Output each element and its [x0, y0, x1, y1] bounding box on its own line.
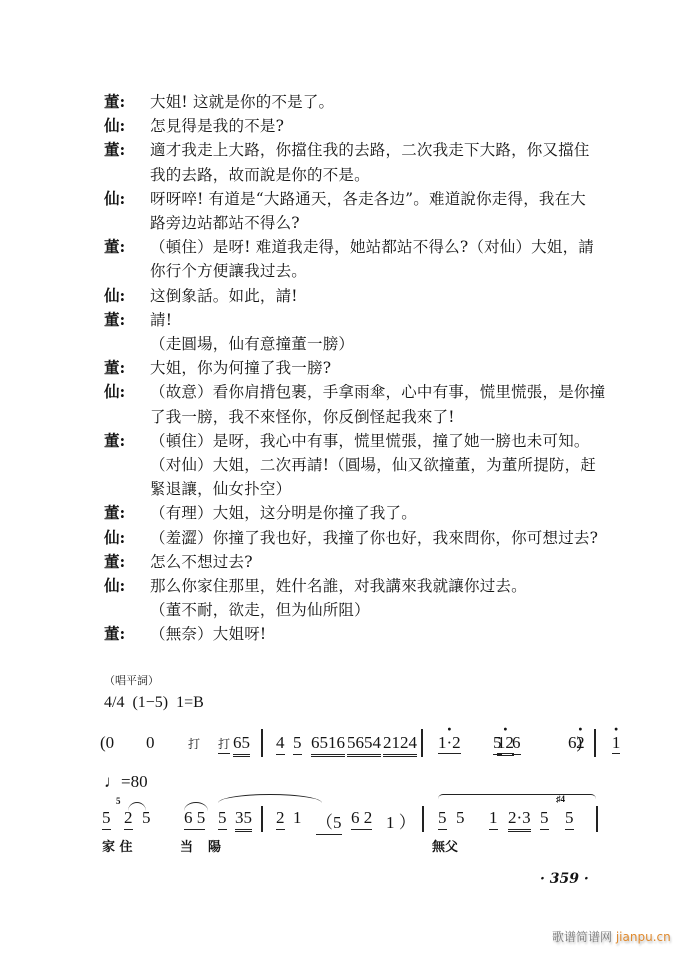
- speech-text: （故意）看你肩揹包裹，手拿雨傘，心中有事，慌里慌張，是你撞: [150, 380, 605, 404]
- speaker-label: 仙:: [104, 114, 125, 138]
- grace-note: 5: [116, 796, 121, 806]
- speech-text: 請!: [150, 308, 172, 332]
- speech-text: 緊退讓，仙女扑空）: [150, 477, 291, 501]
- note: 2·3: [508, 808, 531, 832]
- watermark: 歌谱简谱网 jianpu.cn: [552, 928, 671, 945]
- speaker-label: 仙:: [104, 284, 125, 308]
- key-mode: (1−5): [132, 694, 168, 711]
- score-row-1: (0 0 打 打 65 4 5 6516 5654 2124 1·2 12 5 …: [100, 733, 169, 753]
- section-label: （唱平詞）: [104, 672, 159, 688]
- note: 5: [493, 733, 502, 755]
- speaker-label: 仙:: [104, 574, 125, 598]
- note: 6516: [311, 733, 345, 757]
- key-signature: 1=B: [176, 694, 204, 711]
- speech-text: 怎見得是我的不是?: [150, 114, 284, 138]
- stage-direction: （走圓場，仙有意撞董一膀）: [150, 332, 354, 356]
- note: 2: [276, 808, 285, 830]
- tempo-marking: ♩=80: [104, 772, 148, 792]
- speech-text: 了我一膀，我不來怪你，你反倒怪起我來了!: [150, 405, 455, 429]
- note: 5: [142, 808, 151, 828]
- note: 4: [276, 733, 285, 755]
- note: 5654: [347, 733, 381, 757]
- lyric: 家 住: [102, 836, 133, 855]
- barline: [261, 729, 263, 757]
- speech-text: （頓住）是呀，我心中有事，慌里慌張，撞了她一膀也未可知。: [150, 429, 590, 453]
- speech-text: 我的去路，故而說是你的不是。: [150, 163, 370, 187]
- speaker-label: 董:: [104, 622, 125, 646]
- speech-text: 那么你家住那里，姓什名誰，对我講來我就讓你过去。: [150, 574, 527, 598]
- percussion-mark: 打: [218, 735, 230, 754]
- speech-text: （对仙）大姐，二次再請!（圓場，仙又欲撞董，为董所提防，赶: [150, 453, 596, 477]
- barline: [594, 729, 596, 757]
- stage-direction: （董不耐，欲走，但为仙所阻）: [150, 598, 370, 622]
- barline: [596, 806, 598, 832]
- speaker-label: 仙:: [104, 187, 125, 211]
- speaker-label: 仙:: [104, 380, 125, 404]
- speaker-label: 董:: [104, 429, 125, 453]
- speaker-label: 仙:: [104, 526, 125, 550]
- speaker-label: 董:: [104, 90, 125, 114]
- watermark-text: 歌谱简谱网: [552, 930, 612, 944]
- speaker-label: 董:: [104, 138, 125, 162]
- speech-text: 这倒象話。如此，請!: [150, 284, 298, 308]
- note: 1: [489, 808, 498, 830]
- speech-text: （有理）大姐，这分明是你撞了我了。: [150, 501, 417, 525]
- speaker-label: 董:: [104, 550, 125, 574]
- speech-text: 呀呀啐! 有道是“大路通天，各走各边”。难道說你走得，我在大: [150, 187, 586, 211]
- speech-text: 怎么不想过去?: [150, 550, 253, 574]
- note: 5: [565, 808, 574, 830]
- note: 6): [568, 733, 582, 753]
- barline: [421, 729, 423, 757]
- grace-note: ♯4: [556, 794, 565, 804]
- speech-text: （羞澀）你撞了我也好，我撞了你也好，我來問你，你可想过去?: [150, 526, 598, 550]
- speech-text: 適才我走上大路，你擋住我的去路，二次我走下大路，你又擋住: [150, 138, 590, 162]
- note: 6: [512, 733, 521, 755]
- speech-text: 你行个方便讓我过去。: [150, 259, 307, 283]
- note: 6 2: [351, 808, 372, 830]
- speaker-label: 董:: [104, 356, 125, 380]
- time-signature: 4/4: [104, 694, 124, 711]
- speaker-label: 董:: [104, 308, 125, 332]
- note: 6 5: [184, 808, 205, 830]
- note: 0: [146, 733, 155, 753]
- speech-text: 路旁边站都站不得么?: [150, 211, 300, 235]
- note: 5: [438, 808, 447, 830]
- note: 35: [235, 808, 252, 832]
- score-page: 董:大姐! 这就是你的不是了。仙:怎見得是我的不是?董:適才我走上大路，你擋住我…: [0, 0, 699, 958]
- note: 5: [293, 733, 302, 755]
- note: 1: [293, 808, 302, 828]
- barline: [422, 806, 424, 832]
- speaker-label: 董:: [104, 235, 125, 259]
- speech-text: （無奈）大姐呀!: [150, 622, 266, 646]
- note: （5: [316, 808, 342, 835]
- speech-text: 大姐! 这就是你的不是了。: [150, 90, 334, 114]
- note: 5: [540, 808, 549, 830]
- slur: [438, 794, 596, 799]
- speech-text: （頓住）是呀! 难道我走得，她站都站不得么?（对仙）大姐，請: [150, 235, 594, 259]
- note: 1: [612, 733, 621, 754]
- slur: [218, 794, 322, 803]
- page-number: · 359 ·: [540, 871, 589, 887]
- lyric: 無父: [432, 836, 458, 855]
- note: 1 ）: [386, 808, 416, 833]
- score-header: 4/4 (1−5) 1=B: [104, 694, 204, 712]
- watermark-url: jianpu.cn: [616, 930, 671, 944]
- speaker-label: 董:: [104, 501, 125, 525]
- note: 5: [102, 808, 111, 830]
- note: 65: [233, 733, 250, 757]
- speech-text: 大姐，你为何撞了我一膀?: [150, 356, 331, 380]
- barline: [261, 806, 263, 832]
- lyric: 当: [180, 836, 193, 855]
- note: 5: [456, 808, 465, 828]
- note: (0: [100, 733, 114, 753]
- note: 1·2: [438, 733, 461, 754]
- note: 2: [124, 808, 133, 830]
- note: 5: [218, 808, 227, 830]
- percussion-mark: 打: [188, 735, 200, 752]
- note: 2124: [383, 733, 417, 757]
- lyric: 陽: [208, 836, 221, 855]
